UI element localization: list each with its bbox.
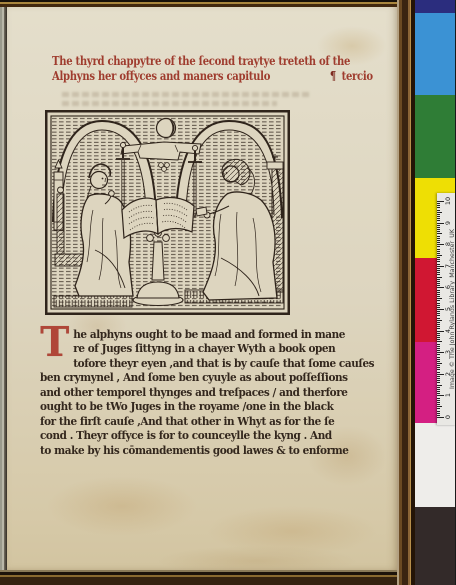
ruler-tick <box>437 337 440 338</box>
ruler-tick <box>437 218 440 219</box>
ruler-tick <box>437 328 440 329</box>
body-text-lines: he alphyns ought to be maad and formed i… <box>40 328 390 458</box>
ruler-tick <box>437 367 440 368</box>
ruler-tick <box>437 372 440 373</box>
ruler-tick <box>437 253 440 254</box>
body-text-line: for the firſt cauſe ,And that other in W… <box>40 414 390 429</box>
ruler-tick <box>437 350 440 351</box>
ruler-tick <box>437 309 444 310</box>
ruler-tick <box>437 246 440 247</box>
ruler-tick <box>437 346 440 347</box>
ruler-tick <box>437 292 440 293</box>
ruler-tick <box>437 365 440 366</box>
body-text-line: tofore theyr eyen ,and that is by cauſe … <box>40 357 390 372</box>
ruler-tick <box>437 335 440 336</box>
ruler-tick <box>437 205 440 206</box>
ruler-tick <box>437 348 440 349</box>
ruler-tick <box>437 322 440 323</box>
ruler-tick <box>437 261 440 262</box>
ruler-tick <box>437 236 440 237</box>
underlying-page-edge <box>0 0 7 585</box>
body-text-line: and other temporel thynges and treſpaces… <box>40 385 390 400</box>
ruler-tick <box>437 249 440 250</box>
ruler-tick <box>437 214 440 215</box>
photo-of-incunable-page: The thyrd chappytre of the ſecond trayty… <box>0 0 456 585</box>
ruler-tick <box>437 387 440 388</box>
body-text-line: he alphyns ought to be maad and formed i… <box>40 328 390 343</box>
body-text-line: ought to be tWo Juges in the royame /one… <box>40 400 390 415</box>
ruler-tick <box>437 274 440 275</box>
ruler-tick <box>437 307 440 308</box>
ruler-tick <box>437 287 444 288</box>
binding-top-edge <box>0 0 415 7</box>
chapter-heading-line1: The thyrd chappytre of the ſecond trayty… <box>52 54 350 68</box>
ruler-tick <box>437 315 440 316</box>
ruler-tick <box>437 318 440 319</box>
body-text-line: to make by his cōmandementis good lawes … <box>40 443 390 458</box>
ruler-tick <box>437 225 440 226</box>
show-through-text <box>62 92 312 97</box>
ruler-tick <box>437 244 444 245</box>
ruler-tick <box>437 298 442 299</box>
ruler-tick <box>437 344 440 345</box>
ruler-tick <box>437 277 442 278</box>
ruler-tick <box>437 363 442 364</box>
ruler-tick <box>437 352 444 353</box>
color-patch-green <box>415 95 456 178</box>
ruler-tick <box>437 395 444 396</box>
ruler-tick <box>437 382 440 383</box>
ruler-tick <box>437 361 440 362</box>
woodcut-illustration <box>45 110 290 315</box>
binding-bottom-edge <box>0 570 415 585</box>
ruler-tick <box>437 259 440 260</box>
heading-chapter-number: tercio <box>342 69 373 83</box>
ruler-tick <box>437 203 440 204</box>
ruler-tick <box>437 212 442 213</box>
ruler-tick <box>437 357 440 358</box>
ruler-tick <box>437 339 440 340</box>
ruler-tick <box>437 268 440 269</box>
body-text-line: ben crymynel , And ſome ben cyuyle as ab… <box>40 371 390 386</box>
ruler-tick <box>437 408 440 409</box>
heading-line2-text: Alphyns her offyces and maners capitulo <box>52 69 270 83</box>
ruler-tick <box>437 417 444 418</box>
ruler-tick <box>437 201 444 202</box>
ruler-tick <box>437 238 440 239</box>
crescent-moon-icon <box>157 119 176 138</box>
ruler-tick <box>437 331 444 332</box>
ruler-tick <box>437 251 440 252</box>
ruler-tick <box>437 378 440 379</box>
ruler-tick <box>437 354 440 355</box>
ruler-tick <box>437 324 440 325</box>
ruler-tick <box>437 264 440 265</box>
ruler-tick <box>437 207 440 208</box>
ruler-tick <box>437 385 442 386</box>
ruler-tick <box>437 400 440 401</box>
ruler-tick <box>437 303 440 304</box>
foxing-stain <box>47 476 197 536</box>
ruler-tick <box>437 404 440 405</box>
ruler-tick <box>437 242 440 243</box>
ruler-tick <box>437 359 440 360</box>
ruler-tick <box>437 283 440 284</box>
body-text-line: re of Juges ſittyng in a chayer Wyth a b… <box>40 342 390 357</box>
ruler-tick <box>437 341 442 342</box>
ruler-tick <box>437 223 444 224</box>
ruler-tick <box>437 398 440 399</box>
chapter-heading-line2: Alphyns her offyces and maners capitulo … <box>52 69 373 83</box>
ruler-tick <box>437 391 440 392</box>
ruler-tick <box>437 227 440 228</box>
ruler-tick <box>437 257 440 258</box>
binding-fore-edge <box>397 0 415 585</box>
ruler-tick <box>437 389 440 390</box>
ruler-tick <box>437 255 442 256</box>
color-patch-blue <box>415 13 456 95</box>
ruler-tick <box>437 266 444 267</box>
ruler-tick <box>437 311 440 312</box>
ruler-tick <box>437 220 440 221</box>
ruler-tick <box>437 294 440 295</box>
ruler-tick <box>437 290 440 291</box>
ruler-tick <box>437 270 440 271</box>
body-paragraph: T he alphyns ought to be maad and formed… <box>40 328 390 458</box>
ruler-tick <box>437 320 442 321</box>
ruler-tick <box>437 415 440 416</box>
ruler-tick <box>437 305 440 306</box>
paraph-mark: ¶ <box>330 69 336 83</box>
ruler-tick <box>437 229 440 230</box>
ruler-tick <box>437 279 440 280</box>
heading-line2-end: ¶tercio <box>330 69 373 83</box>
ruler-tick <box>437 402 440 403</box>
ruler-tick <box>437 296 440 297</box>
ruler-tick <box>437 374 444 375</box>
ruler-tick <box>437 380 440 381</box>
book-page: The thyrd chappytre of the ſecond trayty… <box>7 6 398 573</box>
color-patch-dark-brown <box>415 507 456 585</box>
measuring-ruler: 012345678910 Image © The John Rylands Li… <box>437 193 456 425</box>
show-through-text <box>62 101 277 106</box>
ruler-tick <box>437 285 440 286</box>
ruler-tick <box>437 233 442 234</box>
color-patch-white <box>415 423 456 507</box>
ruler-tick <box>437 272 440 273</box>
ruler-tick <box>437 413 440 414</box>
ruler-tick <box>437 406 442 407</box>
ruler-tick <box>437 393 440 394</box>
ruler-tick <box>437 210 440 211</box>
ruler-tick <box>437 411 440 412</box>
foxing-stain <box>207 506 377 556</box>
ruler-tick <box>437 281 440 282</box>
ruler-tick <box>437 231 440 232</box>
ruler-tick <box>437 326 440 327</box>
color-patch-navy <box>415 0 456 13</box>
ruler-tick <box>437 216 440 217</box>
ruler-tick <box>437 240 440 241</box>
ruler-tick <box>437 376 440 377</box>
body-text-line: cond . Theyr offyce is for to counceylle… <box>40 429 390 444</box>
ruler-tick <box>437 313 440 314</box>
ruler-tick <box>437 333 440 334</box>
ruler-tick <box>437 300 440 301</box>
ruler-tick <box>437 369 440 370</box>
